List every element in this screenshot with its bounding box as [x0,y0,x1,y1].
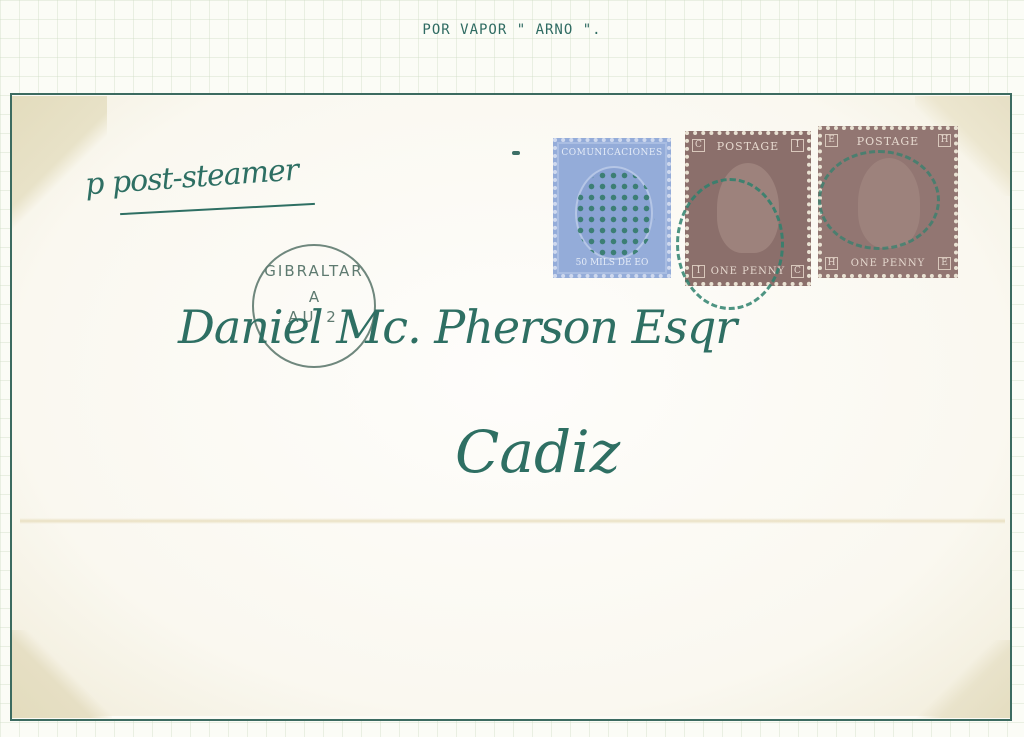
stamp-top-text: POSTAGE [822,135,954,148]
addressee-name: Daniel Mc. Pherson Esqr [178,300,736,354]
stamp-bottom-text: ONE PENNY [822,258,954,269]
photo-corner-bottom-left [12,630,112,718]
stamp-top-text: COMUNICACIONES [557,148,667,158]
postmark-town: GIBRALTAR [254,262,374,280]
stamp-top-text: POSTAGE [689,140,807,153]
ink-spot [512,151,520,155]
dotted-cancel [575,170,655,260]
page-caption: POR VAPOR " ARNO ". [0,22,1024,38]
oval-cancel [676,178,784,310]
photo-corner-bottom-right [915,640,1010,718]
destination-city: Cadiz [455,418,620,486]
fold-crease [20,518,1005,524]
oval-cancel [818,150,940,250]
